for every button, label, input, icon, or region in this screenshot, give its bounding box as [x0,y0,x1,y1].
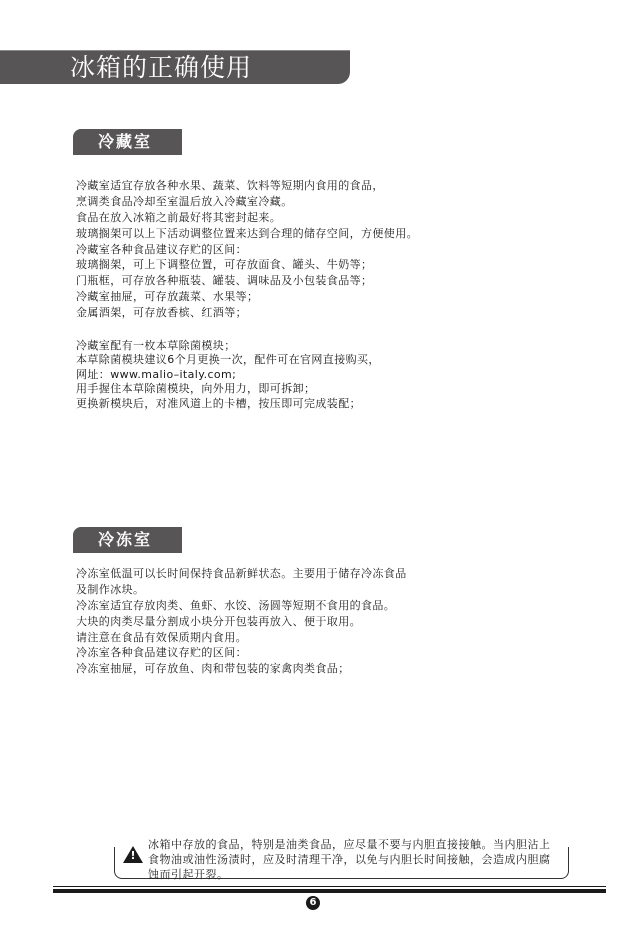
text-line: 冷冻室适宜存放肉类、鱼虾、水饺、汤圆等短期不食用的食品。 [76,598,407,614]
section-heading-label: 冷冻室 [98,527,152,553]
text-line: 玻璃搁架，可上下调整位置，可存放面食、罐头、牛奶等； [76,257,418,273]
text-line: 冷冻室低温可以长时间保持食品新鲜状态。主要用于储存冷冻食品 [76,566,407,582]
exclamation-mark: ! [130,849,136,862]
text-line: 玻璃搁架可以上下活动调整位置来达到合理的储存空间，方便使用。 [76,226,418,242]
text-line: 冷冻室抽屉，可存放鱼、肉和带包装的家禽肉类食品； [76,661,407,677]
text-line: 本草除菌模块建议6个月更换一次，配件可在官网直接购买， [76,353,380,367]
page-title-banner: 冰箱的正确使用 [0,50,350,84]
text-line: 冷藏室抽屉，可存放蔬菜、水果等； [76,289,418,305]
text-line: 食品在放入冰箱之前最好将其密封起来。 [76,210,418,226]
page-number: 6 [306,896,320,910]
section-heading-label: 冷藏室 [98,129,152,155]
freezer-description: 冷冻室低温可以长时间保持食品新鲜状态。主要用于储存冷冻食品 及制作冰块。 冷冻室… [76,566,407,677]
text-line: 冷冻室各种食品建议存贮的区间： [76,645,407,661]
refrigerator-module-info: 冷藏室配有一枚本草除菌模块； 本草除菌模块建议6个月更换一次，配件可在官网直接购… [76,339,380,411]
text-line: 冷藏室适宜存放各种水果、蔬菜、饮料等短期内食用的食品， [76,178,418,194]
website-line: 网址：www.malio–italy.com; [76,368,380,382]
refrigerator-description: 冷藏室适宜存放各种水果、蔬菜、饮料等短期内食用的食品， 烹调类食品冷却至室温后放… [76,178,418,321]
text-line: 及制作冰块。 [76,582,407,598]
warning-text: 冰箱中存放的食品，特别是油类食品，应尽量不要与内胆直接接触。当内胆沾上 食物油或… [148,837,551,882]
page-title: 冰箱的正确使用 [70,52,252,83]
footer-divider-thin [53,886,606,887]
text-line: 金属酒架，可存放香槟、红酒等； [76,305,418,321]
text-line: 门瓶框，可存放各种瓶装、罐装、调味品及小包装食品等； [76,273,418,289]
text-line: 冷藏室各种食品建议存贮的区间： [76,242,418,258]
text-line: 请注意在食品有效保质期内食用。 [76,630,407,646]
warning-line: 蚀而引起开裂。 [148,867,551,882]
footer-divider [53,889,606,893]
section-heading-refrigerator: 冷藏室 [73,129,182,155]
text-line: 烹调类食品冷却至室温后放入冷藏室冷藏。 [76,194,418,210]
text-line: 更换新模块后，对准风道上的卡槽，按压即可完成装配； [76,397,380,411]
section-heading-freezer: 冷冻室 [73,527,182,553]
warning-line: 冰箱中存放的食品，特别是油类食品，应尽量不要与内胆直接接触。当内胆沾上 [148,837,551,852]
text-line: 大块的肉类尽量分割成小块分开包装再放入、便于取用。 [76,614,407,630]
text-line: 冷藏室配有一枚本草除菌模块； [76,339,380,353]
text-line: 用手握住本草除菌模块，向外用力，即可拆卸； [76,382,380,396]
warning-line: 食物油或油性汤渍时，应及时清理干净，以免与内胆长时间接触，会造成内胆腐 [148,852,551,867]
